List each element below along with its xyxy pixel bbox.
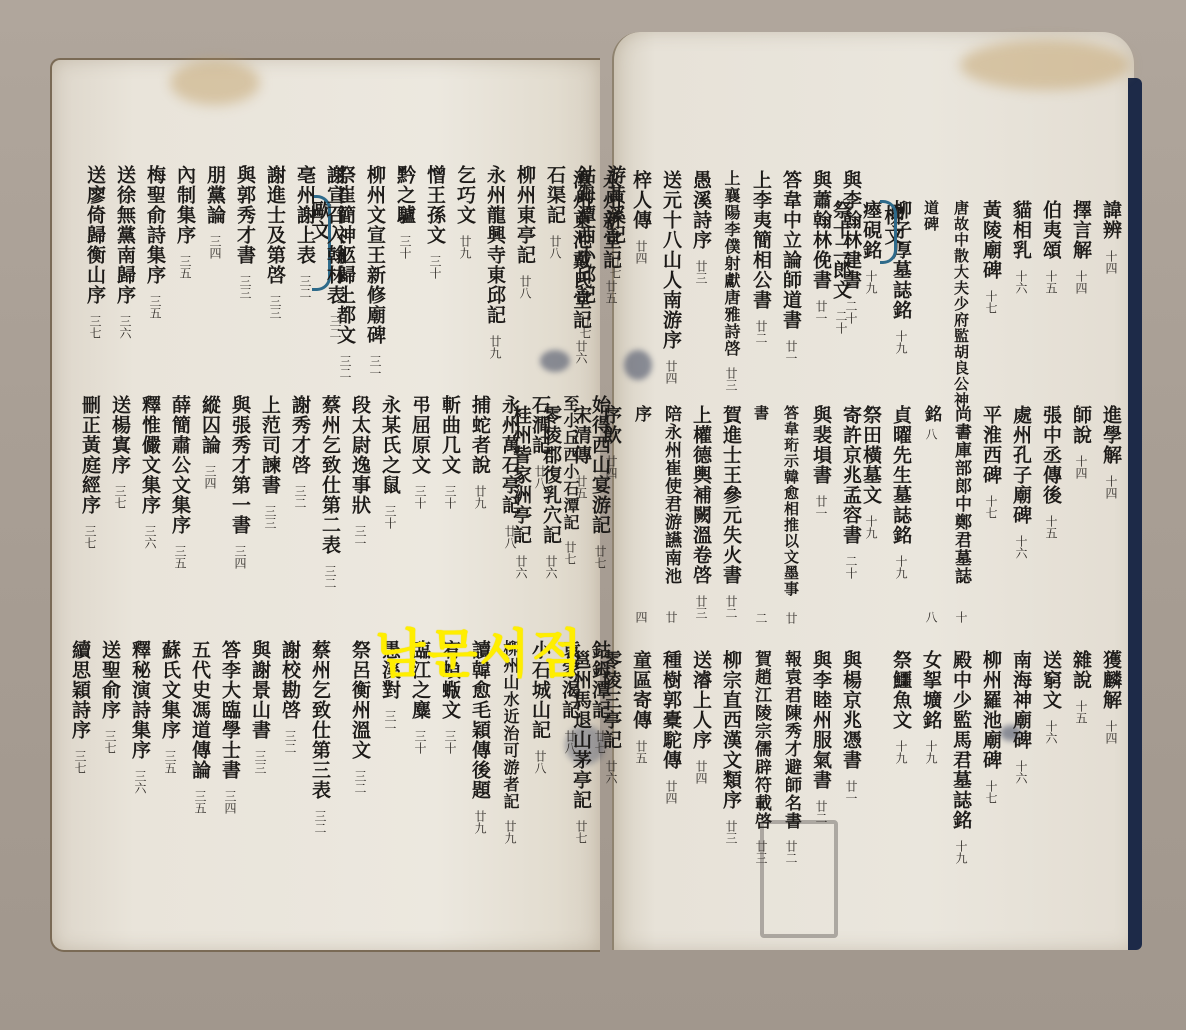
toc-entry: 答李大臨學士書三四 <box>215 640 245 870</box>
section-bracket <box>880 200 897 264</box>
toc-entry: 黔之驢三十 <box>390 165 420 385</box>
left-top-block-a: 游黃溪記廿七 鈷鉧潭西小邱記廿七 石渠記廿八 柳州東亭記廿八 永州龍興寺東邱記廿… <box>330 165 630 385</box>
toc-entry: 刪正黃庭經序三七 <box>75 395 105 615</box>
book-cover-edge <box>1128 78 1142 950</box>
toc-entry: 與裴塤書廿一 <box>806 405 836 635</box>
toc-entry: 處州孔子廟碑十六 <box>1006 405 1036 635</box>
toc-entry: 五代史馮道傳論三五 <box>185 640 215 870</box>
toc-entry: 釋秘演詩集序三六 <box>125 640 155 870</box>
toc-entry: 上襄陽李僕射獻唐雅詩啓廿三 <box>716 170 746 410</box>
toc-entry: 殿中少監馬君墓誌銘十九 <box>946 650 976 890</box>
toc-entry: 送窮文十六 <box>1036 650 1066 890</box>
toc-entry: 柳州文宣王新修廟碑三一 <box>360 165 390 385</box>
toc-entry: 永州萬石亭記廿八 <box>495 395 525 605</box>
toc-entry: 謝進士及第啓三三 <box>260 165 290 385</box>
toc-entry: 送元十八山人南游序廿四 <box>656 170 686 410</box>
left-top-block-b: 謝宣召入翰林表三二 亳州謝上表三二 謝進士及第啓三三 與郭秀才書三三 朋黨論三四… <box>80 165 350 385</box>
toc-entry: 捕蛇者說廿九 <box>465 395 495 605</box>
toc-entry: 貞曜先生墓誌銘十九 <box>886 405 916 635</box>
toc-entry: 平淮西碑十七 <box>976 405 1006 635</box>
toc-entry: 祭鱷魚文十九 <box>886 650 916 890</box>
toc-entry: 亳州謝上表三二 <box>290 165 320 385</box>
toc-entry: 賀進士王參元失火書廿二 <box>716 405 746 635</box>
toc-entry: 梅聖俞詩集序三五 <box>140 165 170 385</box>
toc-entry: 上權德輿補闕溫卷啓廿三 <box>686 405 716 635</box>
toc-entry: 與李睦州服氣書廿二 <box>806 650 836 900</box>
toc-entry: 續思穎詩序三七 <box>65 640 95 870</box>
toc-entry: 謝校勘啓三二 <box>275 640 305 870</box>
toc-entry: 柳州東亭記廿八 <box>510 165 540 385</box>
water-stain <box>960 40 1130 90</box>
toc-entry: 永某氏之鼠三十 <box>375 395 405 605</box>
toc-entry: 送楊寘序三七 <box>105 395 135 615</box>
toc-entry: 釋惟儼文集序三六 <box>135 395 165 615</box>
toc-entry: 張中丞傳後十五 <box>1036 405 1066 635</box>
toc-entry: 祭呂衡州溫文三二 <box>345 640 375 870</box>
toc-entry: 寄許京兆孟容書二十 <box>836 405 866 635</box>
toc-entry: 石渠記廿八 <box>540 165 570 385</box>
toc-entry: 與楊京兆憑書廿一 <box>836 650 866 900</box>
toc-entry: 報袁君陳秀才避師名書廿二 <box>776 650 806 900</box>
toc-entry: 梓人傳廿四 <box>626 170 656 410</box>
toc-entry: 弔屈原文三十 <box>405 395 435 605</box>
toc-entry: 女挐壙銘十九 <box>916 650 946 890</box>
toc-entry: 南海神廟碑十六 <box>1006 650 1036 890</box>
toc-entry: 上范司諫書三三 <box>255 395 285 615</box>
left-bottom-block-b: 蔡州乞致仕第三表三二 謝校勘啓三二 與謝景山書三三 答李大臨學士書三四 五代史馮… <box>65 640 335 870</box>
toc-entry: 童區寄傳廿五 <box>626 650 656 900</box>
toc-entry: 斬曲几文三十 <box>435 395 465 605</box>
toc-entry: 柳州羅池廟碑十七 <box>976 650 1006 890</box>
toc-entry: 朋黨論三四 <box>200 165 230 385</box>
toc-entry: 憎王孫文三十 <box>420 165 450 385</box>
toc-entry: 送濬上人序廿四 <box>686 650 716 900</box>
toc-entry: 雜說十五 <box>1066 650 1096 890</box>
toc-entry: 師說十四 <box>1066 405 1096 635</box>
toc-entry: 送廖倚歸衡山序三七 <box>80 165 110 385</box>
toc-entry: 游黃溪記廿七 <box>600 165 630 385</box>
left-middle-block-a: 始得西山宴游記廿七 至小丘西小石潭記廿七 石澗記廿八 永州萬石亭記廿八 捕蛇者說… <box>345 395 615 605</box>
toc-entry: 縱囚論三四 <box>195 395 225 615</box>
toc-entry: 答韋珩示韓愈相推以文墨事書廿二 <box>746 405 806 635</box>
left-middle-block-b: 蔡州乞致仕第二表三二 謝秀才啓三二 上范司諫書三三 與張秀才第一書三四 縱囚論三… <box>75 395 345 615</box>
toc-entry: 至小丘西小石潭記廿七 <box>555 395 585 605</box>
right-middle-block-a: 進學解十四 師說十四 張中丞傳後十五 處州孔子廟碑十六 平淮西碑十七 尚書庫部郎… <box>856 405 1126 635</box>
toc-entry: 石澗記廿八 <box>525 395 555 605</box>
toc-entry: 薛簡肅公文集序三五 <box>165 395 195 615</box>
bookstore-watermark: 남문서점 <box>375 612 584 687</box>
toc-entry: 謝秀才啓三二 <box>285 395 315 615</box>
toc-entry: 送聖俞序三七 <box>95 640 125 870</box>
toc-entry: 與謝景山書三三 <box>245 640 275 870</box>
toc-entry: 送徐無黨南歸序三六 <box>110 165 140 385</box>
toc-entry: 與張秀才第一書三四 <box>225 395 255 615</box>
toc-entry: 蔡州乞致仕第二表三二 <box>315 395 345 615</box>
toc-entry: 蔡州乞致仕第三表三二 <box>305 640 335 870</box>
toc-entry: 乞巧文廿九 <box>450 165 480 385</box>
water-stain <box>170 60 260 105</box>
toc-entry: 獲麟解十四 <box>1096 650 1126 890</box>
toc-entry: 鈷鉧潭西小邱記廿七 <box>570 165 600 385</box>
toc-entry: 與李翰林建書二十 <box>836 170 866 410</box>
toc-entry: 答韋中立論師道書廿一 <box>776 170 806 410</box>
toc-entry: 愚溪詩序廿三 <box>686 170 716 410</box>
toc-entry: 賀趙江陵宗儒辟符載啓廿三 <box>746 650 776 900</box>
toc-entry: 內制集序三五 <box>170 165 200 385</box>
toc-entry: 鈷鉧潭記廿七 <box>585 640 615 870</box>
toc-entry: 進學解十四 <box>1096 405 1126 635</box>
toc-entry: 謝宣召入翰林表三二 <box>320 165 350 385</box>
toc-entry: 陪永州崔使君游讌南池序廿四 <box>626 405 686 635</box>
toc-entry: 始得西山宴游記廿七 <box>585 395 615 605</box>
toc-entry: 蘇氏文集序三五 <box>155 640 185 870</box>
toc-entry: 永州龍興寺東邱記廿九 <box>480 165 510 385</box>
toc-entry: 尚書庫部郎中鄭君墓誌銘十八 <box>916 405 976 635</box>
toc-entry: 與蕭翰林俛書廿一 <box>806 170 836 410</box>
toc-entry: 柳宗直西漢文類序廿三 <box>716 650 746 900</box>
right-bottom-block-a: 獲麟解十四 雜說十五 送窮文十六 南海神廟碑十六 柳州羅池廟碑十七 殿中少監馬君… <box>886 650 1126 890</box>
toc-entry: 種樹郭橐駝傳廿四 <box>656 650 686 900</box>
toc-entry: 上李夷簡相公書廿二 <box>746 170 776 410</box>
toc-entry: 段太尉逸事狀三一 <box>345 395 375 605</box>
toc-entry: 與郭秀才書三三 <box>230 165 260 385</box>
